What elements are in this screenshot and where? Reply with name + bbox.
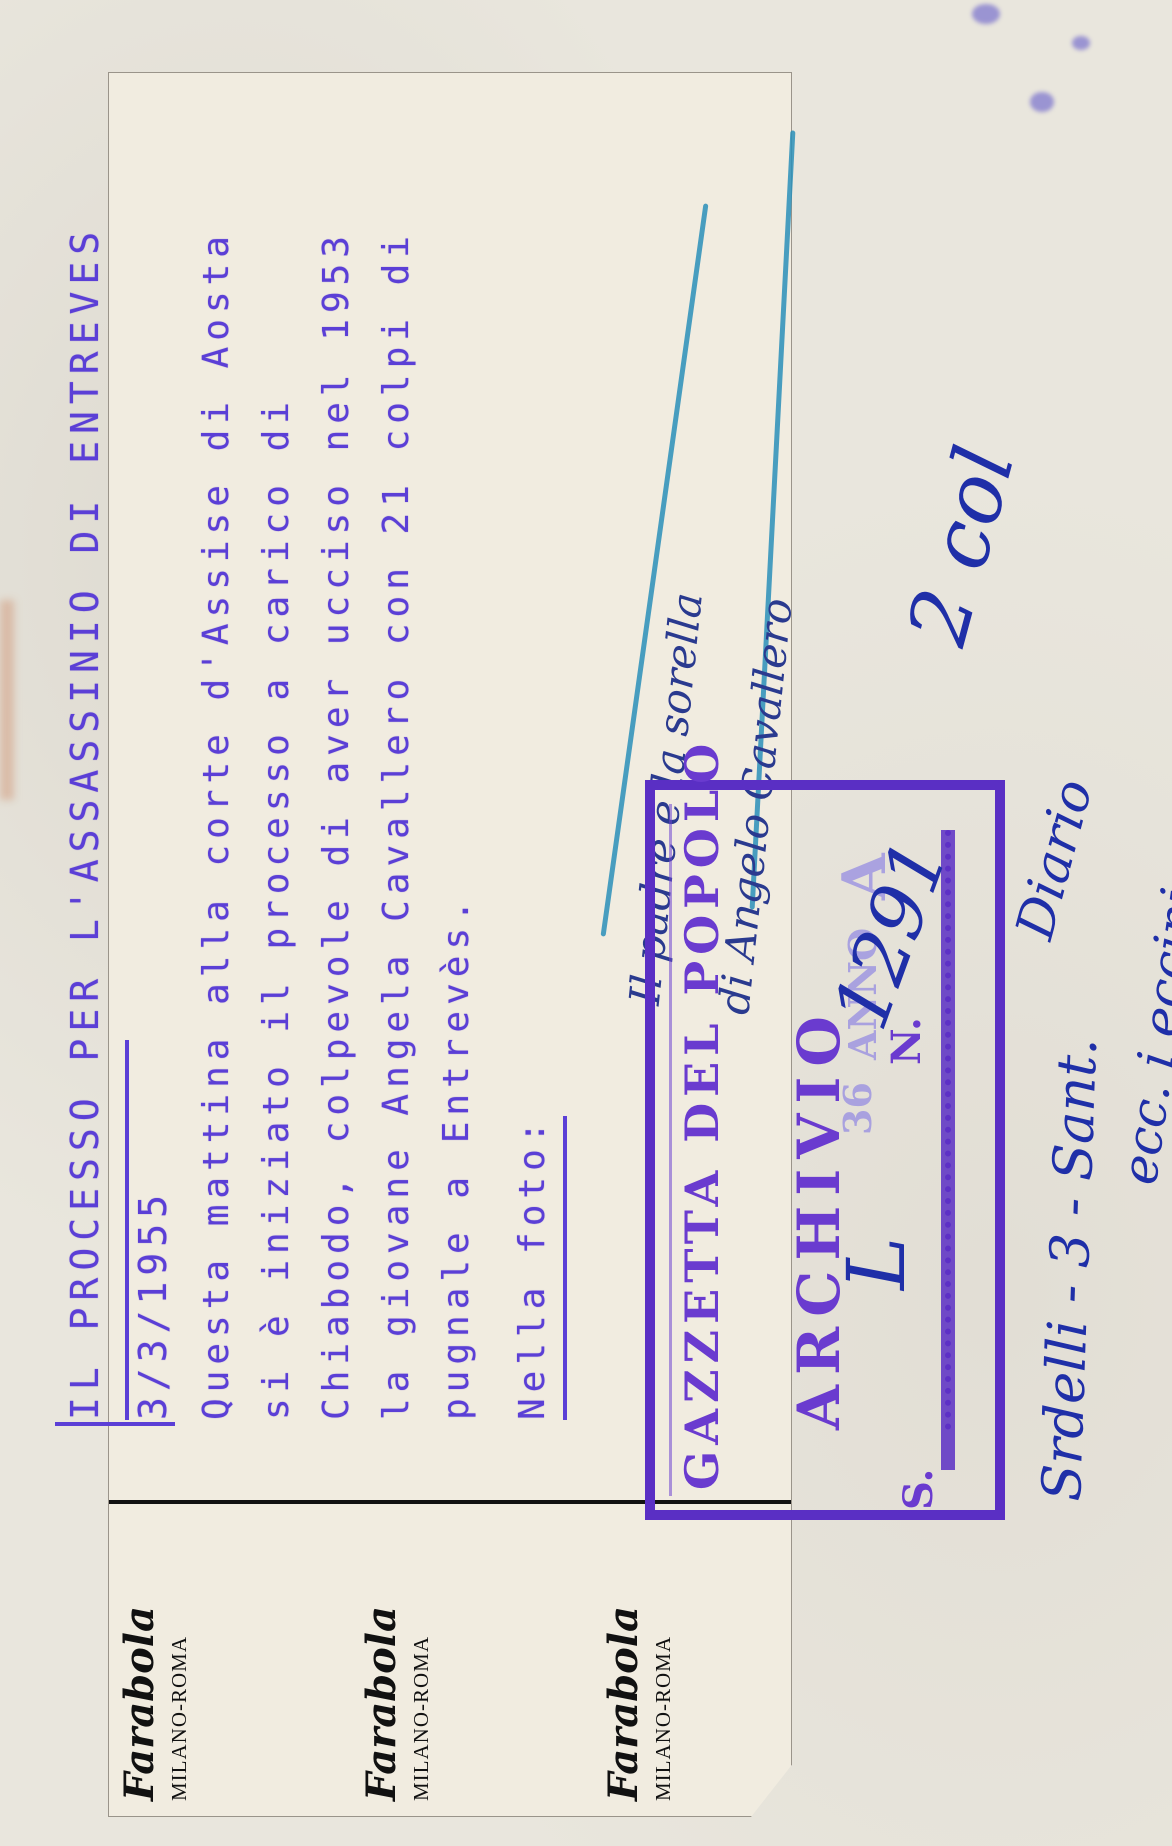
typed-body-line: si è iniziato il processo a carico di: [247, 20, 307, 1420]
handwritten-note-columns: 2 col: [890, 437, 1033, 655]
imprint-brand: Farabola: [115, 1541, 165, 1801]
farabola-imprint-1: Farabola MILANO-ROMA: [115, 1541, 225, 1801]
edge-stain: [0, 600, 14, 800]
ink-spot: [972, 4, 1000, 24]
stamp-letter-label: S.: [895, 1469, 942, 1510]
typed-body-line: Chiabodo, colpevole di aver ucciso nel 1…: [307, 20, 367, 1420]
imprint-city: MILANO-ROMA: [165, 1541, 193, 1801]
imprint-brand: Farabola: [599, 1541, 649, 1801]
typed-caption: IL PROCESSO PER L'ASSASSINIO DI ENTREVES…: [55, 20, 575, 1420]
photo-back-surface: Farabola MILANO-ROMA Farabola MILANO-ROM…: [0, 0, 1172, 1846]
imprint-city: MILANO-ROMA: [407, 1541, 435, 1801]
stamp-right-bar: [941, 830, 955, 1470]
typed-body-line: Questa mattina alla corte d'Assise di Ao…: [187, 20, 247, 1420]
typed-date: 3/3/1955: [123, 20, 187, 1420]
typed-body: Questa mattina alla corte d'Assise di Ao…: [187, 20, 567, 1420]
farabola-imprint-2: Farabola MILANO-ROMA: [357, 1541, 467, 1801]
handwritten-note-line: Srdelli - 3 - Sant.: [1030, 1037, 1109, 1502]
handwritten-archive-mark: L: [830, 1237, 923, 1290]
stamp-overstamp-number: 36: [835, 1082, 880, 1135]
imprint-city: MILANO-ROMA: [649, 1541, 677, 1801]
handwritten-note-line: Diario: [1005, 773, 1105, 945]
typed-body-line: pugnale a Entrevès.: [427, 20, 487, 1420]
ink-spot: [1072, 36, 1090, 50]
typed-title: IL PROCESSO PER L'ASSASSINIO DI ENTREVES: [55, 20, 123, 1420]
handwritten-note-line: ecc. i eccini: [1110, 884, 1172, 1188]
farabola-imprint-3: Farabola MILANO-ROMA: [599, 1541, 709, 1801]
stamp-newspaper-name: GAZZETTA DEL POPOLO: [675, 738, 729, 1490]
typed-body-line: la giovane Angela Cavallero con 21 colpi…: [367, 20, 427, 1420]
stamp-archive-label: ARCHIVIO: [785, 1006, 853, 1430]
typed-photo-label: Nella foto:: [503, 1116, 567, 1420]
imprint-brand: Farabola: [357, 1541, 407, 1801]
typed-title-underline: [125, 1040, 129, 1420]
typed-side-rule: [55, 1422, 175, 1426]
ink-spot: [1030, 92, 1054, 112]
